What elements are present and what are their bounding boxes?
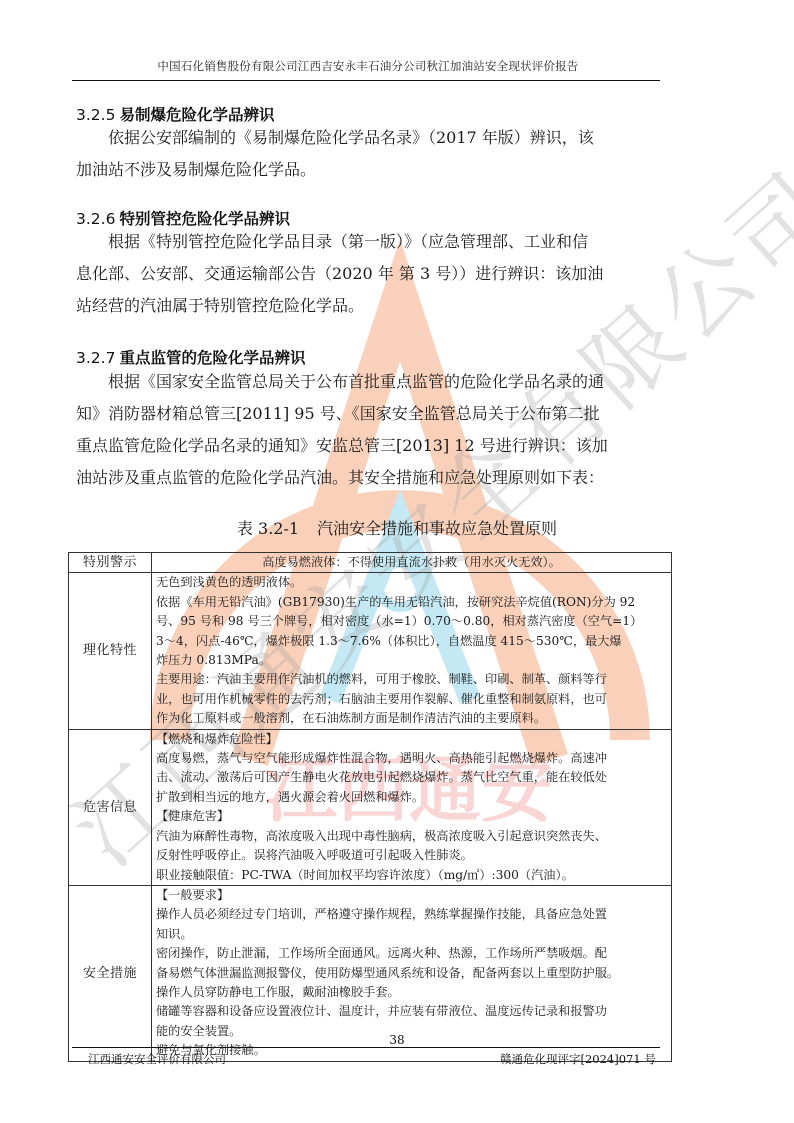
paragraph-line: 根据《国家安全监管总局关于公布首批重点监管的危险化学品名录的通 [108,372,604,391]
gasoline-safety-table: 特别警示 高度易燃液体：不得使用直流水扑救（用水灭火无效）。 理化特性 无色到浅… [68,552,672,1062]
section-paragraph-3-2-5: 依据公安部编制的《易制爆危险化学品名录》（2017 年版）辨识，该 加油站不涉及… [76,122,688,186]
paragraph-line: 加油站不涉及易制爆危险化学品。 [76,154,688,186]
cell-line: 【健康危害】 [156,807,667,826]
cell-line: 扩散到相当远的地方，遇火源会着火回燃和爆炸。 [156,788,667,807]
section-title: 重点监管的危险化学品辨识 [119,349,305,367]
paragraph-line: 油站涉及重点监管的危险化学品汽油。其安全措施和应急处理原则如下表： [76,462,688,494]
cell-line: 职业接触限值：PC-TWA（时间加权平均容许浓度）（mg/㎡）:300（汽油）。 [156,866,667,885]
cell-line: 操作人员穿防静电工作服，戴耐油橡胶手套。 [156,983,667,1002]
cell-line: 业，也可用作机械零件的去污剂；石脑油主要用作裂解、催化重整和制氨原料，也可 [156,690,667,709]
cell-line: 依据《车用无铅汽油》(GB17930)生产的车用无铅汽油，按研究法辛烷值(RON… [156,593,667,612]
paragraph-line: 知》消防器材箱总管三[2011] 95 号、《国家安全监管总局关于公布第二批 [76,398,688,430]
paragraph-line: 息化部、公安部、交通运输部公告（2020 年 第 3 号））进行辨识：该加油 [76,258,688,290]
row-content: 高度易燃液体：不得使用直流水扑救（用水灭火无效）。 [152,553,672,573]
header-divider [72,80,660,81]
cell-line: 无色到浅黄色的透明液体。 [156,573,667,592]
cell-line: 操作人员必须经过专门培训，严格遵守操作规程，熟练掌握操作技能，具备应急处置 [156,905,667,924]
table-row-hazard-info: 危害信息 【燃烧和爆炸危险性】 高度易燃，蒸气与空气能形成爆炸性混合物，遇明火、… [69,729,672,885]
row-label: 理化特性 [69,573,152,729]
row-label: 危害信息 [69,729,152,885]
page-header-title: 中国石化销售股份有限公司江西吉安永丰石油分公司秋江加油站安全现状评价报告 [76,58,660,74]
cell-line: 主要用途：汽油主要用作汽油机的燃料，可用于橡胶、制鞋、印刷、制革、颜料等行 [156,670,667,689]
paragraph-line: 重点监管危险化学品名录的通知》安监总管三[2013] 12 号进行辨识：该加 [76,430,688,462]
footer-divider [72,1047,660,1048]
cell-line: 号、95 号和 98 号三个牌号，相对密度（水=1）0.70～0.80，相对蒸汽… [156,612,667,631]
cell-line: 储罐等容器和设备应设置液位计、温度计，并应装有带液位、温度远传记录和报警功 [156,1002,667,1021]
cell-line: 密闭操作，防止泄漏，工作场所全面通风。远离火种、热源，工作场所严禁吸烟。配 [156,944,667,963]
cell-line: 炸压力 0.813MPa。 [156,651,667,670]
cell-line: 备易燃气体泄漏监测报警仪，使用防爆型通风系统和设备，配备两套以上重型防护服。 [156,964,667,983]
cell-line: 反射性呼吸停止。误将汽油吸入呼吸道可引起吸入性肺炎。 [156,846,667,865]
paragraph-line: 根据《特别管控危险化学品目录（第一版）》（应急管理部、工业和信 [108,232,588,251]
cell-line: 【燃烧和爆炸危险性】 [156,730,667,749]
cell-line: 知识。 [156,925,667,944]
page-number: 38 [0,1033,794,1047]
section-paragraph-3-2-7: 根据《国家安全监管总局关于公布首批重点监管的危险化学品名录的通 知》消防器材箱总… [76,366,688,494]
cell-line: 高度易燃，蒸气与空气能形成爆炸性混合物，遇明火、高热能引起燃烧爆炸。高速冲 [156,749,667,768]
section-paragraph-3-2-6: 根据《特别管控危险化学品目录（第一版）》（应急管理部、工业和信 息化部、公安部、… [76,226,688,322]
cell-line: 击、流动、激荡后可因产生静电火花放电引起燃烧爆炸。蒸气比空气重，能在较低处 [156,768,667,787]
cell-line: 3～4，闪点-46℃，爆炸极限 1.3～7.6%（体积比），自燃温度 415～5… [156,632,667,651]
cell-line: 高度易燃液体：不得使用直流水扑救（用水灭火无效）。 [156,553,667,572]
table-caption-title: 汽油安全措施和事故应急处置原则 [317,519,557,538]
paragraph-line: 站经营的汽油属于特别管控危险化学品。 [76,290,688,322]
cell-line: 作为化工原料或一般溶剂，在石油炼制方面是制作清洁汽油的主要原料。 [156,709,667,728]
row-content: 【燃烧和爆炸危险性】 高度易燃，蒸气与空气能形成爆炸性混合物，遇明火、高热能引起… [152,729,672,885]
cell-line: 汽油为麻醉性毒物，高浓度吸入出现中毒性脑病，极高浓度吸入引起意识突然丧失、 [156,827,667,846]
table-caption-number: 表 3.2-1 [237,519,299,538]
section-heading-3-2-7: 3.2.7重点监管的危险化学品辨识 [76,346,305,368]
section-number: 3.2.7 [76,349,115,367]
row-content: 无色到浅黄色的透明液体。 依据《车用无铅汽油》(GB17930)生产的车用无铅汽… [152,573,672,729]
table-row-special-warning: 特别警示 高度易燃液体：不得使用直流水扑救（用水灭火无效）。 [69,553,672,573]
row-label: 特别警示 [69,553,152,573]
table-caption: 表 3.2-1汽油安全措施和事故应急处置原则 [0,516,794,539]
footer-doc-number: 赣通危化现评字[2024]071 号 [500,1051,656,1067]
table-row-physicochemical: 理化特性 无色到浅黄色的透明液体。 依据《车用无铅汽油》(GB17930)生产的… [69,573,672,729]
paragraph-line: 依据公安部编制的《易制爆危险化学品名录》（2017 年版）辨识，该 [108,128,594,147]
footer-company: 江西通安安全评价有限公司 [88,1051,226,1067]
cell-line: 【一般要求】 [156,886,667,905]
